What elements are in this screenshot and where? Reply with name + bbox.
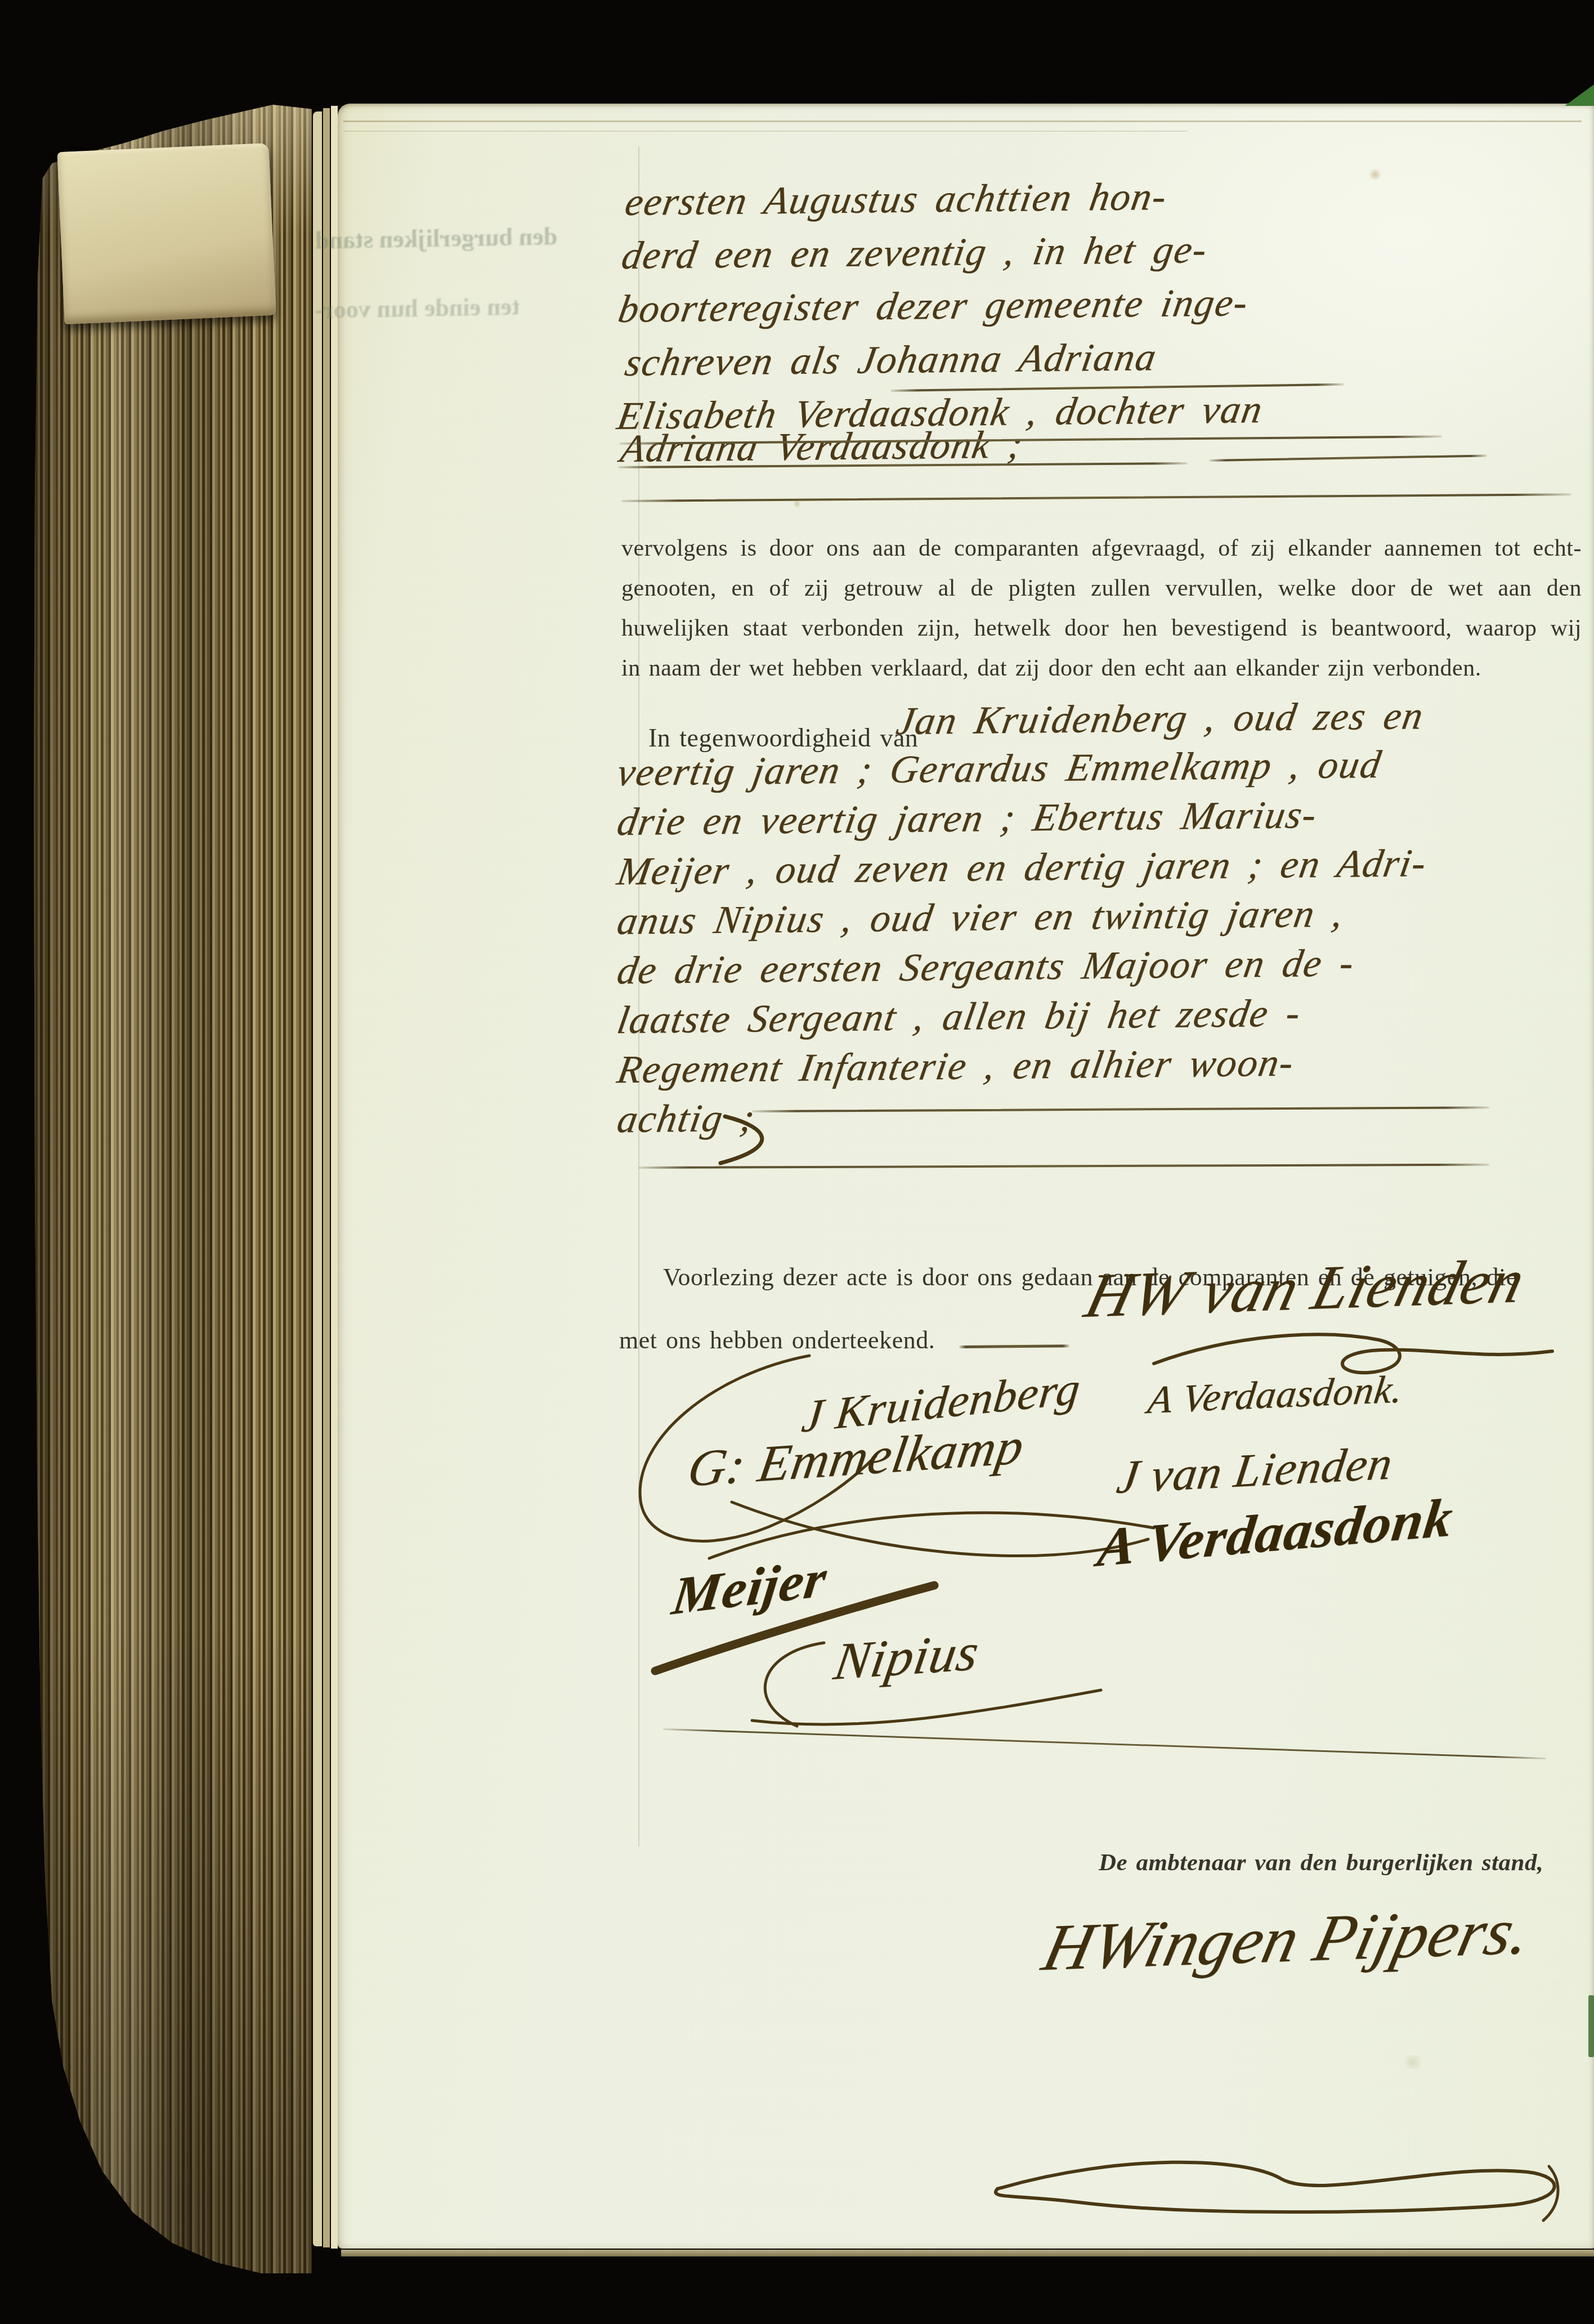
bleedthrough-text: ten einde hun voor- [315,292,521,324]
bleedthrough-text: den burgerlijken stand [315,222,558,255]
page-top-edge-line [343,131,1188,132]
printed-line: vervolgens is door ons aan de comparante… [621,535,1582,562]
printed-line: genooten, en of zij getrouw al de pligte… [621,575,1582,602]
handwritten-line: Jan Kruidenberg , oud zes en [893,694,1427,744]
handwritten-line: de drie eersten Sergeants Majoor en de - [614,941,1358,994]
official-title: De ambtenaar van den burgerlijken stand, [1099,1849,1543,1876]
printed-line: in naam der wet hebben verklaard, dat zi… [621,655,1481,682]
paper-stain [1368,169,1382,180]
handwritten-line: eersten Augustus achttien hon- [622,175,1171,225]
printed-line: huwelijken staat verbonden zijn, hetwelk… [621,615,1582,642]
handwritten-line: veertig jaren ; Gerardus Emmelkamp , oud [614,743,1385,795]
signature-flourish [980,2133,1578,2228]
handwritten-line: anus Nipius , oud vier en twintig jaren … [614,892,1347,944]
handwritten-line: schreven als Johanna Adriana [622,335,1161,386]
page-bottom-edge [341,2250,1594,2256]
under-page-edge [331,106,338,2249]
under-page-edge [313,111,322,2246]
paper-stain [1402,2055,1424,2070]
handwritten-line: Regement Infanterie , en alhier woon- [614,1040,1298,1093]
scan-artifact [1588,1995,1594,2057]
book-scan: den burgerlijken stand ten einde hun voo… [0,0,1594,2324]
handwritten-line: boorteregister dezer gemeente inge- [615,280,1252,332]
under-page-edge [323,108,330,2247]
book-fore-edge-pages [33,105,312,2273]
scan-artifact [1565,84,1594,106]
closing-bracket-flourish [714,1114,792,1170]
page-tab [57,143,276,324]
signature-flourish [729,1636,1112,1732]
handwritten-line: drie en veertig jaren ; Ebertus Marius- [614,793,1320,845]
paper-stain [792,500,802,508]
page-top-edge-line [343,120,1582,122]
handwritten-line: derd een en zeventig , in het ge- [619,227,1211,279]
handwritten-line: Meijer , oud zeven en dertig jaren ; en … [614,841,1430,895]
handwritten-line: laatste Sergeant , allen bij het zesde - [614,991,1305,1043]
